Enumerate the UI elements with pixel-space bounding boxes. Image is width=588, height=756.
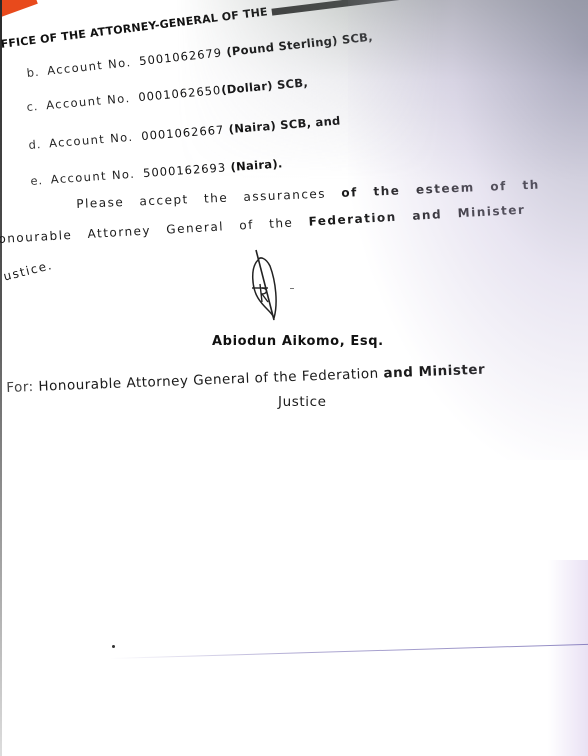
signature-mark <box>290 288 294 289</box>
closing-text: onourable Attorney General of the <box>0 216 294 246</box>
for-line-continuation: Justice <box>278 394 327 410</box>
photo-shadow-right-lower <box>548 560 588 756</box>
photo-shadow-right <box>348 0 588 460</box>
paper-speck <box>112 645 115 648</box>
signature-icon <box>244 248 304 324</box>
closing-text: ustice. <box>2 258 54 284</box>
for-prefix: For: <box>6 379 34 396</box>
scanned-letter-page: FFICE OF THE ATTORNEY-GENERAL OF THE b.A… <box>0 0 588 756</box>
paper-fold-line <box>110 644 588 659</box>
closing-line-3: ustice. <box>2 258 54 284</box>
for-text: Honourable Attorney General of the Feder… <box>38 366 379 395</box>
closing-text: Please accept the assurances <box>76 187 326 211</box>
